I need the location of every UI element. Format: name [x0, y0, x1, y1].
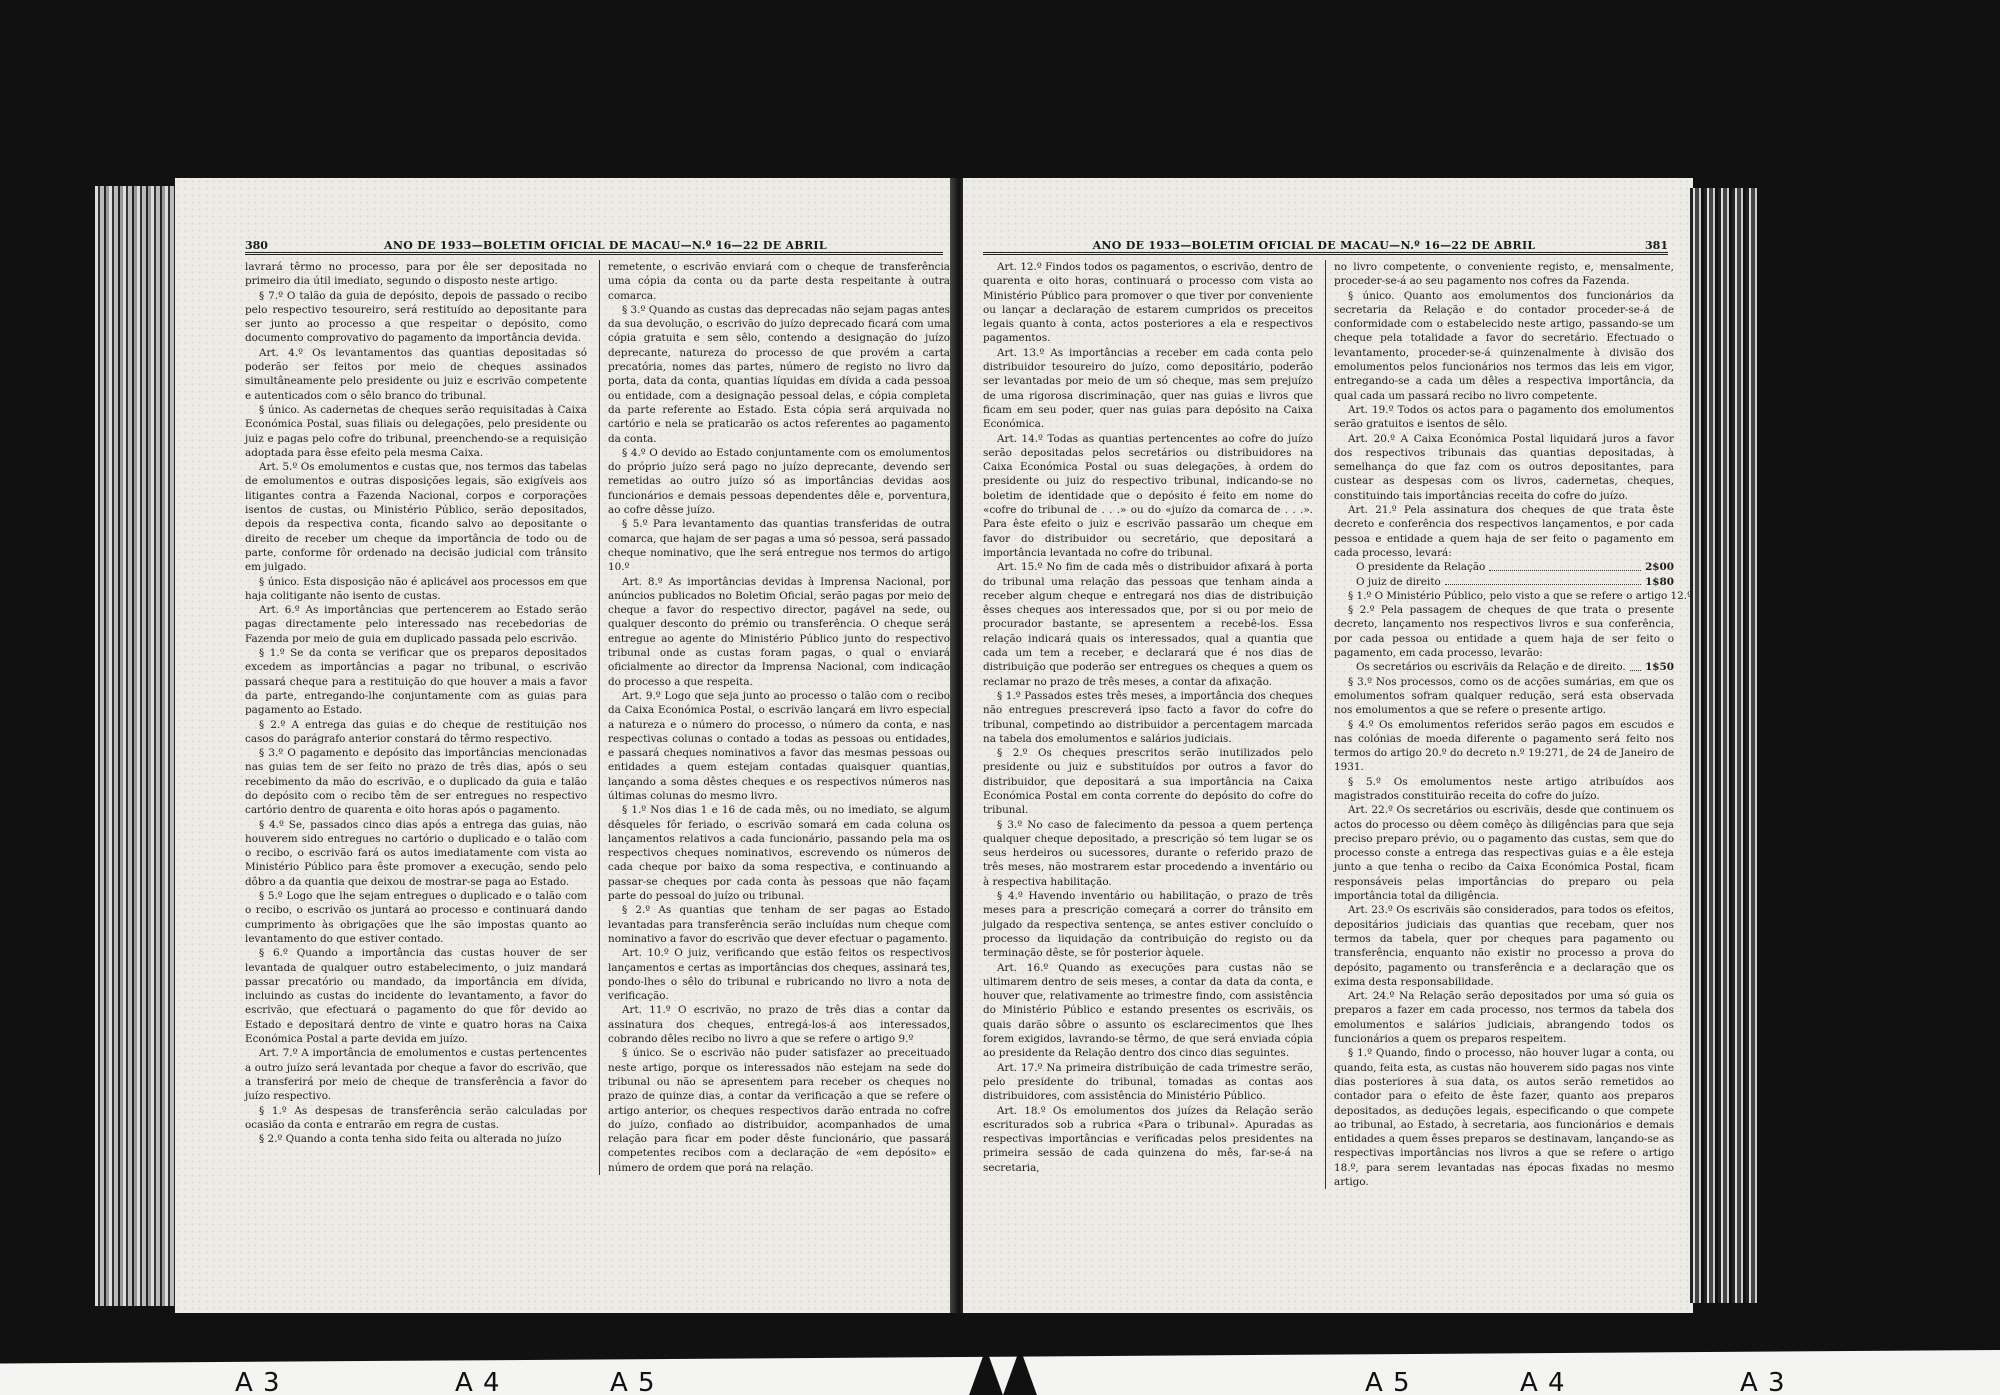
- paragraph: Art. 17.º Na primeira distribuição de ca…: [983, 1061, 1313, 1104]
- paragraph: § único. Quanto aos emolumentos dos func…: [1334, 289, 1674, 403]
- paragraph: § único. Esta disposição não é aplicável…: [245, 575, 587, 604]
- frame-mark: A 3: [1740, 1368, 1786, 1395]
- column-right-b-rest: § 3.º Nos processos, como os de acções s…: [1334, 675, 1674, 1190]
- paragraph: Art. 11.º O escrivão, no prazo de três d…: [608, 1003, 950, 1046]
- column-left-a: lavrará têrmo no processo, para por êle …: [245, 260, 587, 1146]
- paragraph: § 3.º Nos processos, como os de acções s…: [1334, 675, 1674, 718]
- paragraph: Art. 16.º Quando as execuções para custa…: [983, 961, 1313, 1061]
- page-left: 380 ANO DE 1933—BOLETIM OFICIAL DE MACAU…: [175, 178, 955, 1313]
- paragraph: Art. 12.º Findos todos os pagamentos, o …: [983, 260, 1313, 346]
- running-head-left: 380 ANO DE 1933—BOLETIM OFICIAL DE MACAU…: [245, 230, 943, 255]
- paragraph: Art. 24.º Na Relação serão depositados p…: [1334, 989, 1674, 1046]
- running-head-right: ANO DE 1933—BOLETIM OFICIAL DE MACAU—N.º…: [983, 230, 1668, 255]
- frame-mark: A 4: [1520, 1368, 1566, 1395]
- paragraph: Art. 4.º Os levantamentos das quantias d…: [245, 346, 587, 403]
- running-head-title: ANO DE 1933—BOLETIM OFICIAL DE MACAU—N.º…: [268, 239, 943, 252]
- frame-mark: A 5: [610, 1368, 656, 1395]
- paragraph: § 7.º O talão da guia de depósito, depoi…: [245, 289, 587, 346]
- column-right-b: no livro competente, o conveniente regis…: [1325, 260, 1674, 1189]
- page-stack-edge-right: [1690, 188, 1760, 1303]
- paragraph: § 1.º As despesas de transferência serão…: [245, 1104, 587, 1133]
- paragraph: § 2.º Pela passagem de cheques de que tr…: [1334, 603, 1674, 660]
- paragraph: Art. 9.º Logo que seja junto ao processo…: [608, 689, 950, 803]
- page-stack-edge-left: [95, 186, 175, 1306]
- paragraph: § 6.º Quando a importância das custas ho…: [245, 946, 587, 1046]
- page-number: 380: [245, 239, 268, 252]
- paragraph: § 3.º O pagamento e depósito das importâ…: [245, 746, 587, 817]
- paragraph: no livro competente, o conveniente regis…: [1334, 260, 1674, 289]
- paragraph: Art. 18.º Os emolumentos dos juízes da R…: [983, 1104, 1313, 1175]
- paragraph: Art. 14.º Todas as quantias pertencentes…: [983, 432, 1313, 561]
- paragraph: § 2.º Os cheques prescritos serão inutil…: [983, 746, 1313, 817]
- paragraph: Art. 8.º As importâncias devidas à Impre…: [608, 575, 950, 689]
- paragraph: § único. As cadernetas de cheques serão …: [245, 403, 587, 460]
- newspaper-spread: 380 ANO DE 1933—BOLETIM OFICIAL DE MACAU…: [95, 178, 1760, 1313]
- paragraph: Art. 21.º Pela assinatura dos cheques de…: [1334, 503, 1674, 560]
- arrow-mark-left-icon: [968, 1348, 1004, 1395]
- paragraph: § 5.º Para levantamento das quantias tra…: [608, 517, 950, 574]
- paragraph: § 1.º Se da conta se verificar que os pr…: [245, 646, 587, 717]
- paragraph: Art. 15.º No fim de cada mês o distribui…: [983, 560, 1313, 689]
- fee-row: O juiz de direito1$80: [1334, 575, 1674, 589]
- arrow-mark-right-icon: [1002, 1348, 1038, 1395]
- paragraph: Art. 23.º Os escrivãis são considerados,…: [1334, 903, 1674, 989]
- paragraph: § 5.º Logo que lhe sejam entregues o dup…: [245, 889, 587, 946]
- fee-row: § 1.º O Ministério Público, pelo visto a…: [1334, 589, 1674, 603]
- column-right-a: Art. 12.º Findos todos os pagamentos, o …: [983, 260, 1313, 1175]
- paragraph: § 1.º Quando, findo o processo, não houv…: [1334, 1046, 1674, 1189]
- paragraph: Art. 19.º Todos os actos para o pagament…: [1334, 403, 1674, 432]
- column-left-b: remetente, o escrivão enviará com o cheq…: [599, 260, 950, 1175]
- paragraph: lavrará têrmo no processo, para por êle …: [245, 260, 587, 289]
- running-head-title: ANO DE 1933—BOLETIM OFICIAL DE MACAU—N.º…: [983, 239, 1645, 252]
- paragraph: Art. 6.º As importâncias que pertencerem…: [245, 603, 587, 646]
- paragraph: § 2.º A entrega das guias e do cheque de…: [245, 718, 587, 747]
- page-right: ANO DE 1933—BOLETIM OFICIAL DE MACAU—N.º…: [963, 178, 1693, 1313]
- paragraph: § 2.º Quando a conta tenha sido feita ou…: [245, 1132, 587, 1146]
- paragraph: § 4.º Havendo inventário ou habilitação,…: [983, 889, 1313, 960]
- paragraph: § 1.º Nos dias 1 e 16 de cada mês, ou no…: [608, 803, 950, 903]
- frame-mark: A 5: [1365, 1368, 1411, 1395]
- fee-row: Os secretários ou escrivãis da Relação e…: [1334, 660, 1674, 674]
- frame-mark: A 3: [235, 1368, 281, 1395]
- paragraph: § 3.º No caso de falecimento da pessoa a…: [983, 818, 1313, 889]
- paragraph: § 4.º Se, passados cinco dias após a ent…: [245, 818, 587, 889]
- column-right-b-top: no livro competente, o conveniente regis…: [1334, 260, 1674, 560]
- paragraph: § 5.º Os emolumentos neste artigo atribu…: [1334, 775, 1674, 804]
- paragraph: Art. 7.º A importância de emolumentos e …: [245, 1046, 587, 1103]
- page-number: 381: [1645, 239, 1668, 252]
- paragraph: § 4.º O devido ao Estado conjuntamente c…: [608, 446, 950, 517]
- paragraph: § 2.º As quantias que tenham de ser paga…: [608, 903, 950, 946]
- paragraph: § 1.º Passados estes três meses, a impor…: [983, 689, 1313, 746]
- paragraph: Art. 13.º As importâncias a receber em c…: [983, 346, 1313, 432]
- paragraph: Art. 5.º Os emolumentos e custas que, no…: [245, 460, 587, 574]
- paragraph: § único. Se o escrivão não puder satisfa…: [608, 1046, 950, 1175]
- paragraph: remetente, o escrivão enviará com o cheq…: [608, 260, 950, 303]
- fee-row: O presidente da Relação2$00: [1334, 560, 1674, 574]
- paragraph: Art. 20.º A Caixa Económica Postal liqui…: [1334, 432, 1674, 503]
- paragraph: § 3.º Quando as custas das deprecadas nã…: [608, 303, 950, 446]
- paragraph: Art. 22.º Os secretários ou escrivãis, d…: [1334, 803, 1674, 903]
- frame-mark: A 4: [455, 1368, 501, 1395]
- paragraph: § 4.º Os emolumentos referidos serão pag…: [1334, 718, 1674, 775]
- paragraph: Art. 10.º O juiz, verificando que estão …: [608, 946, 950, 1003]
